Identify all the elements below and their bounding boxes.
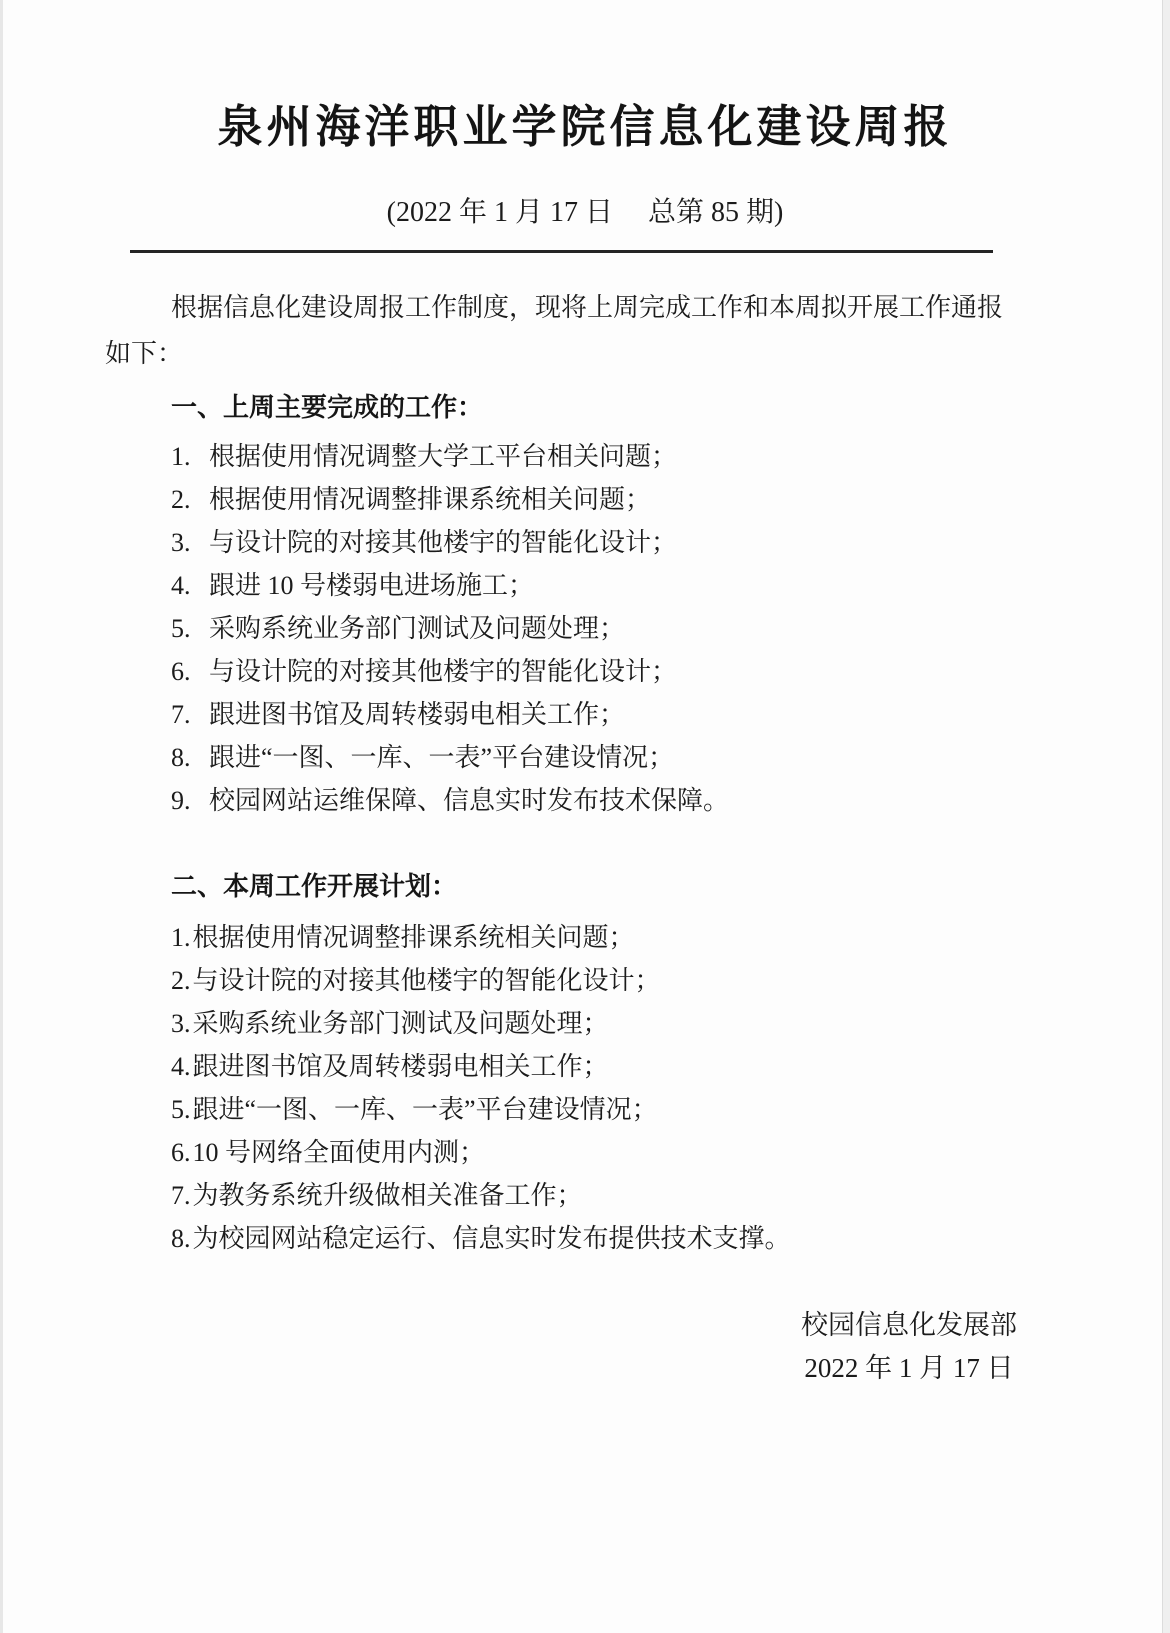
item-text: 跟进图书馆及周转楼弱电相关工作； — [209, 700, 625, 729]
item-number: 4. — [171, 564, 195, 607]
list-item: 7.为教务系统升级做相关准备工作； — [171, 1174, 1065, 1217]
page-title: 泉州海洋职业学院信息化建设周报 — [105, 0, 1065, 154]
item-text: 根据使用情况调整排课系统相关问题； — [209, 485, 651, 514]
item-number: 6. — [171, 650, 195, 693]
item-number: 8. — [171, 736, 195, 779]
section-1-list: 1.根据使用情况调整大学工平台相关问题； 2.根据使用情况调整排课系统相关问题；… — [105, 435, 1065, 822]
section-1-heading: 一、上周主要完成的工作： — [105, 385, 1065, 429]
list-item: 1.根据使用情况调整大学工平台相关问题； — [171, 435, 1065, 478]
item-number: 7. — [171, 1174, 191, 1217]
title-divider-rule — [130, 250, 993, 253]
section-2-heading: 二、本周工作开展计划： — [105, 864, 1065, 908]
section-last-week: 一、上周主要完成的工作： 1.根据使用情况调整大学工平台相关问题； 2.根据使用… — [105, 385, 1065, 822]
item-text: 根据使用情况调整大学工平台相关问题； — [209, 442, 677, 471]
item-number: 8. — [171, 1217, 191, 1260]
item-number: 5. — [171, 1088, 191, 1131]
item-text: 根据使用情况调整排课系统相关问题； — [193, 923, 635, 952]
item-number: 3. — [171, 521, 195, 564]
signature-department: 校园信息化发展部 — [801, 1304, 1017, 1347]
list-item: 4.跟进 10 号楼弱电进场施工； — [171, 564, 1065, 607]
list-item: 3.采购系统业务部门测试及问题处理； — [171, 1002, 1065, 1045]
item-number: 3. — [171, 1002, 191, 1045]
item-number: 5. — [171, 607, 195, 650]
signature-date: 2022 年 1 月 17 日 — [801, 1347, 1017, 1390]
item-text: 为教务系统升级做相关准备工作； — [193, 1181, 583, 1210]
list-item: 2.根据使用情况调整排课系统相关问题； — [171, 478, 1065, 521]
list-item: 7.跟进图书馆及周转楼弱电相关工作； — [171, 693, 1065, 736]
list-item: 8.为校园网站稳定运行、信息实时发布提供技术支撑。 — [171, 1217, 1065, 1260]
item-number: 1. — [171, 916, 191, 959]
item-number: 6. — [171, 1131, 191, 1174]
section-this-week: 二、本周工作开展计划： 1.根据使用情况调整排课系统相关问题； 2.与设计院的对… — [105, 864, 1065, 1260]
list-item: 4.跟进图书馆及周转楼弱电相关工作； — [171, 1045, 1065, 1088]
item-number: 1. — [171, 435, 195, 478]
section-2-list: 1.根据使用情况调整排课系统相关问题； 2.与设计院的对接其他楼宇的智能化设计；… — [105, 916, 1065, 1260]
list-item: 5.跟进“一图、一库、一表”平台建设情况； — [171, 1088, 1065, 1131]
intro-paragraph-line-1: 根据信息化建设周报工作制度，现将上周完成工作和本周拟开展工作通报 — [105, 285, 1065, 331]
item-text: 跟进“一图、一库、一表”平台建设情况； — [193, 1095, 658, 1124]
item-number: 2. — [171, 478, 195, 521]
item-text: 采购系统业务部门测试及问题处理； — [193, 1009, 609, 1038]
item-text: 跟进图书馆及周转楼弱电相关工作； — [193, 1052, 609, 1081]
list-item: 8.跟进“一图、一库、一表”平台建设情况； — [171, 736, 1065, 779]
document-page: 泉州海洋职业学院信息化建设周报 (2022 年 1 月 17 日 总第 85 期… — [0, 0, 1170, 1390]
intro-paragraph-line-2: 如下： — [105, 331, 1065, 377]
list-item: 2.与设计院的对接其他楼宇的智能化设计； — [171, 959, 1065, 1002]
list-item: 3.与设计院的对接其他楼宇的智能化设计； — [171, 521, 1065, 564]
item-text: 与设计院的对接其他楼宇的智能化设计； — [193, 966, 661, 995]
item-text: 与设计院的对接其他楼宇的智能化设计； — [209, 528, 677, 557]
list-item: 9.校园网站运维保障、信息实时发布技术保障。 — [171, 779, 1065, 822]
item-text: 采购系统业务部门测试及问题处理； — [209, 614, 625, 643]
list-item: 1.根据使用情况调整排课系统相关问题； — [171, 916, 1065, 959]
item-text: 与设计院的对接其他楼宇的智能化设计； — [209, 657, 677, 686]
item-text: 10 号网络全面使用内测； — [193, 1138, 486, 1167]
issue-date-line: (2022 年 1 月 17 日 总第 85 期) — [105, 196, 1065, 230]
photo-edge-left — [0, 0, 3, 1633]
list-item: 5.采购系统业务部门测试及问题处理； — [171, 607, 1065, 650]
item-number: 2. — [171, 959, 191, 1002]
item-number: 7. — [171, 693, 195, 736]
item-number: 9. — [171, 779, 195, 822]
item-text: 校园网站运维保障、信息实时发布技术保障。 — [209, 786, 729, 815]
item-number: 4. — [171, 1045, 191, 1088]
item-text: 跟进 10 号楼弱电进场施工； — [209, 571, 534, 600]
list-item: 6.10 号网络全面使用内测； — [171, 1131, 1065, 1174]
list-item: 6.与设计院的对接其他楼宇的智能化设计； — [171, 650, 1065, 693]
item-text: 为校园网站稳定运行、信息实时发布提供技术支撑。 — [193, 1224, 791, 1253]
signature-block: 校园信息化发展部 2022 年 1 月 17 日 — [801, 1304, 1017, 1390]
photo-edge-right — [1162, 0, 1170, 1633]
item-text: 跟进“一图、一库、一表”平台建设情况； — [209, 743, 674, 772]
